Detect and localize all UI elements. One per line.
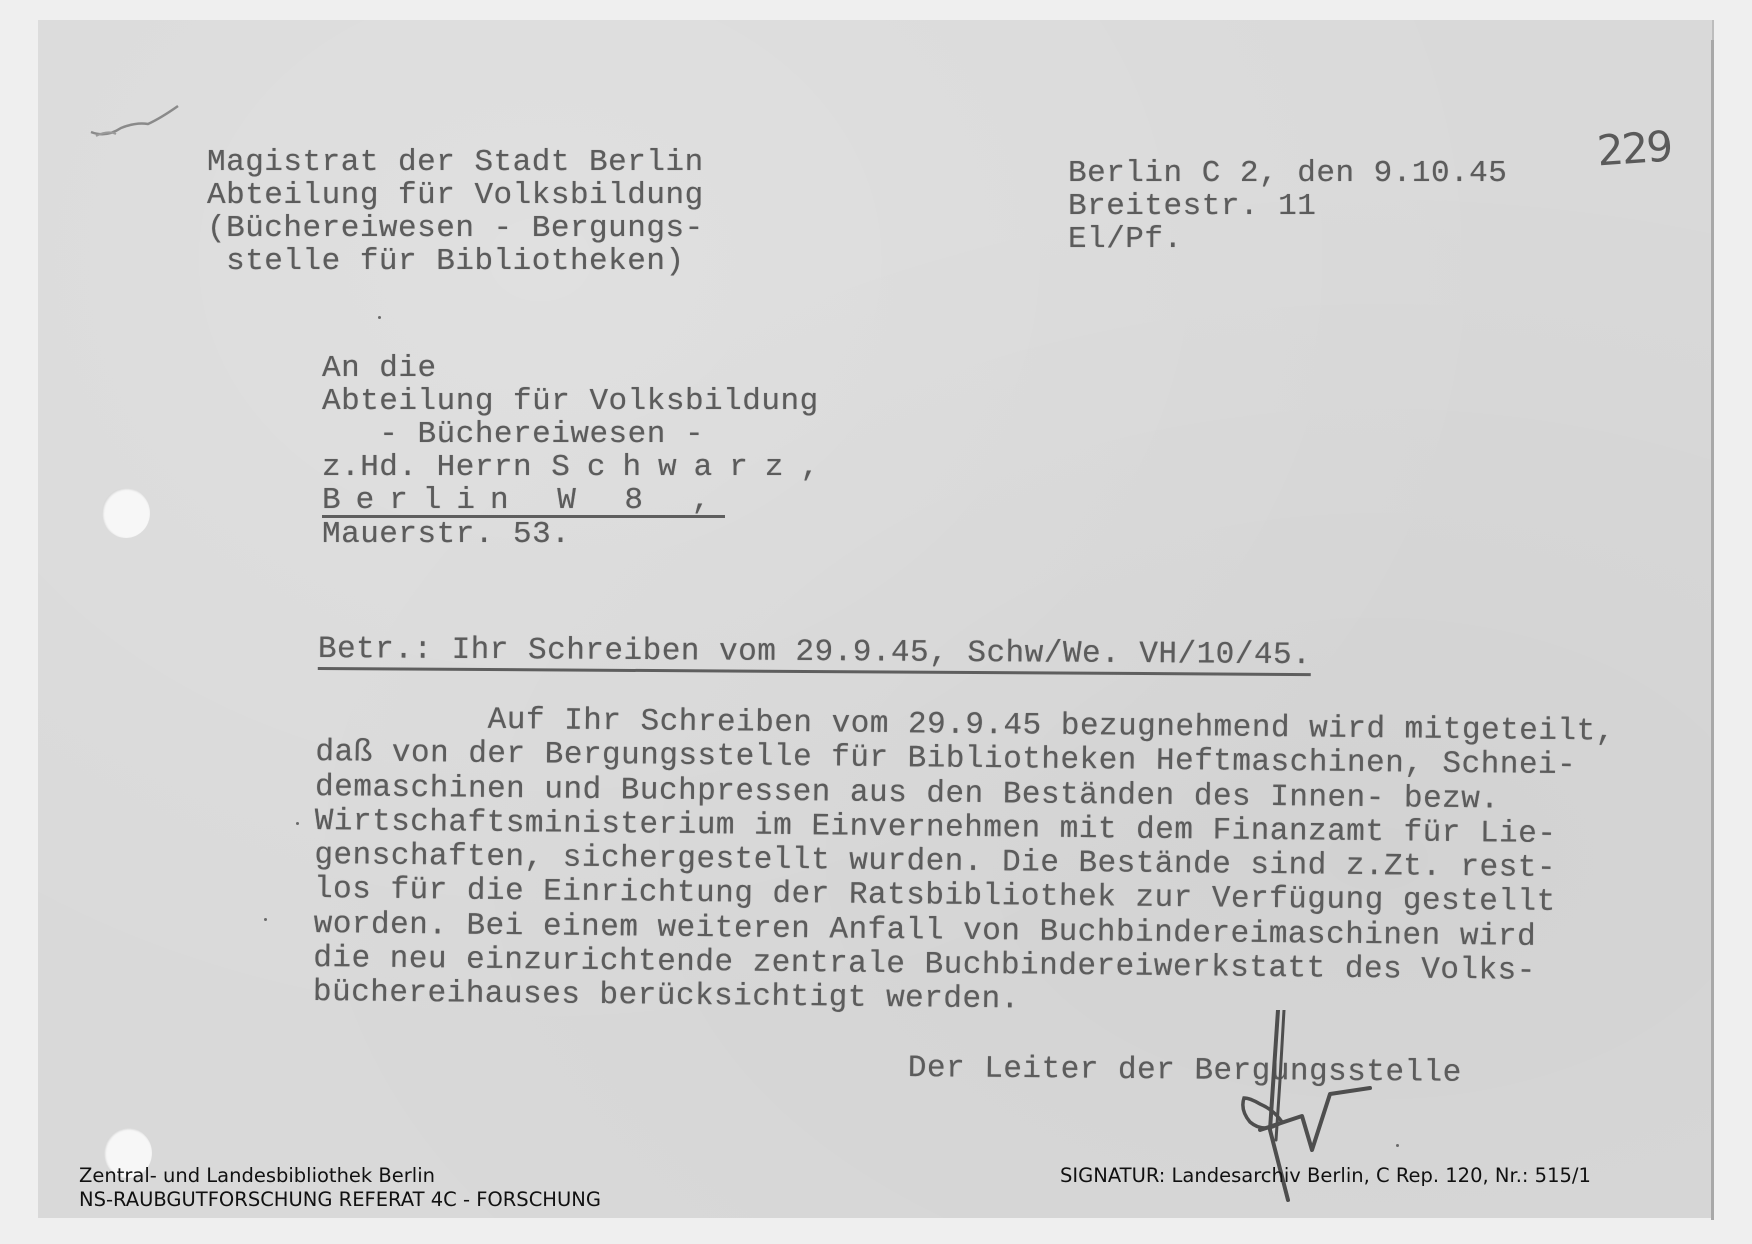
stray-mark — [296, 822, 299, 825]
recipient-line: An die — [322, 352, 820, 385]
recipient-street: Mauerstr. 53. — [322, 518, 820, 551]
reference-initials: El/Pf. — [1068, 223, 1507, 256]
subject-line: Betr.: Ihr Schreiben vom 29.9.45, Schw/W… — [318, 633, 1312, 676]
footer-library: Zentral- und Landesbibliothek Berlin — [79, 1164, 601, 1188]
sender-line: Abteilung für Volksbildung — [207, 179, 704, 212]
recipient-attention-line: z.Hd. Herrn Schwarz, — [322, 451, 820, 484]
paper-edge — [1711, 40, 1714, 1220]
date-block: Berlin C 2, den 9.10.45Breitestr. 11El/P… — [1068, 157, 1507, 256]
page-number: 229 — [1595, 121, 1672, 175]
stray-mark — [378, 316, 381, 319]
date-line: Berlin C 2, den 9.10.45 — [1068, 157, 1507, 190]
footer-institution: Zentral- und Landesbibliothek BerlinNS-R… — [79, 1164, 601, 1212]
letter-body: Auf Ihr Schreiben vom 29.9.45 bezugnehme… — [313, 702, 1615, 1024]
sender-block: Magistrat der Stadt BerlinAbteilung für … — [207, 146, 704, 278]
recipient-line: - Büchereiwesen - — [322, 418, 820, 451]
stray-mark — [264, 918, 267, 921]
recipient-name: Schwarz — [551, 450, 800, 485]
recipient-city-line: Berlin W 8 , — [322, 484, 820, 518]
recipient-block: An dieAbteilung für Volksbildung - Büche… — [322, 352, 820, 551]
recipient-line: Abteilung für Volksbildung — [322, 385, 820, 418]
sender-line: Magistrat der Stadt Berlin — [207, 146, 704, 179]
stray-mark — [1396, 1144, 1399, 1147]
recipient-city: Berlin W 8 , — [322, 487, 725, 518]
footer-signature-ref: SIGNATUR: Landesarchiv Berlin, C Rep. 12… — [1060, 1164, 1591, 1188]
punch-hole-upper — [102, 488, 150, 538]
pencil-mark-icon — [86, 100, 186, 150]
address-line: Breitestr. 11 — [1068, 190, 1507, 223]
sender-line: stelle für Bibliotheken) — [207, 245, 704, 278]
sender-line: (Büchereiwesen - Bergungs- — [207, 212, 704, 245]
footer-department: NS-RAUBGUTFORSCHUNG REFERAT 4C - FORSCHU… — [79, 1188, 601, 1212]
attention-suffix: , — [800, 450, 819, 485]
attention-prefix: z.Hd. Herrn — [322, 450, 551, 485]
